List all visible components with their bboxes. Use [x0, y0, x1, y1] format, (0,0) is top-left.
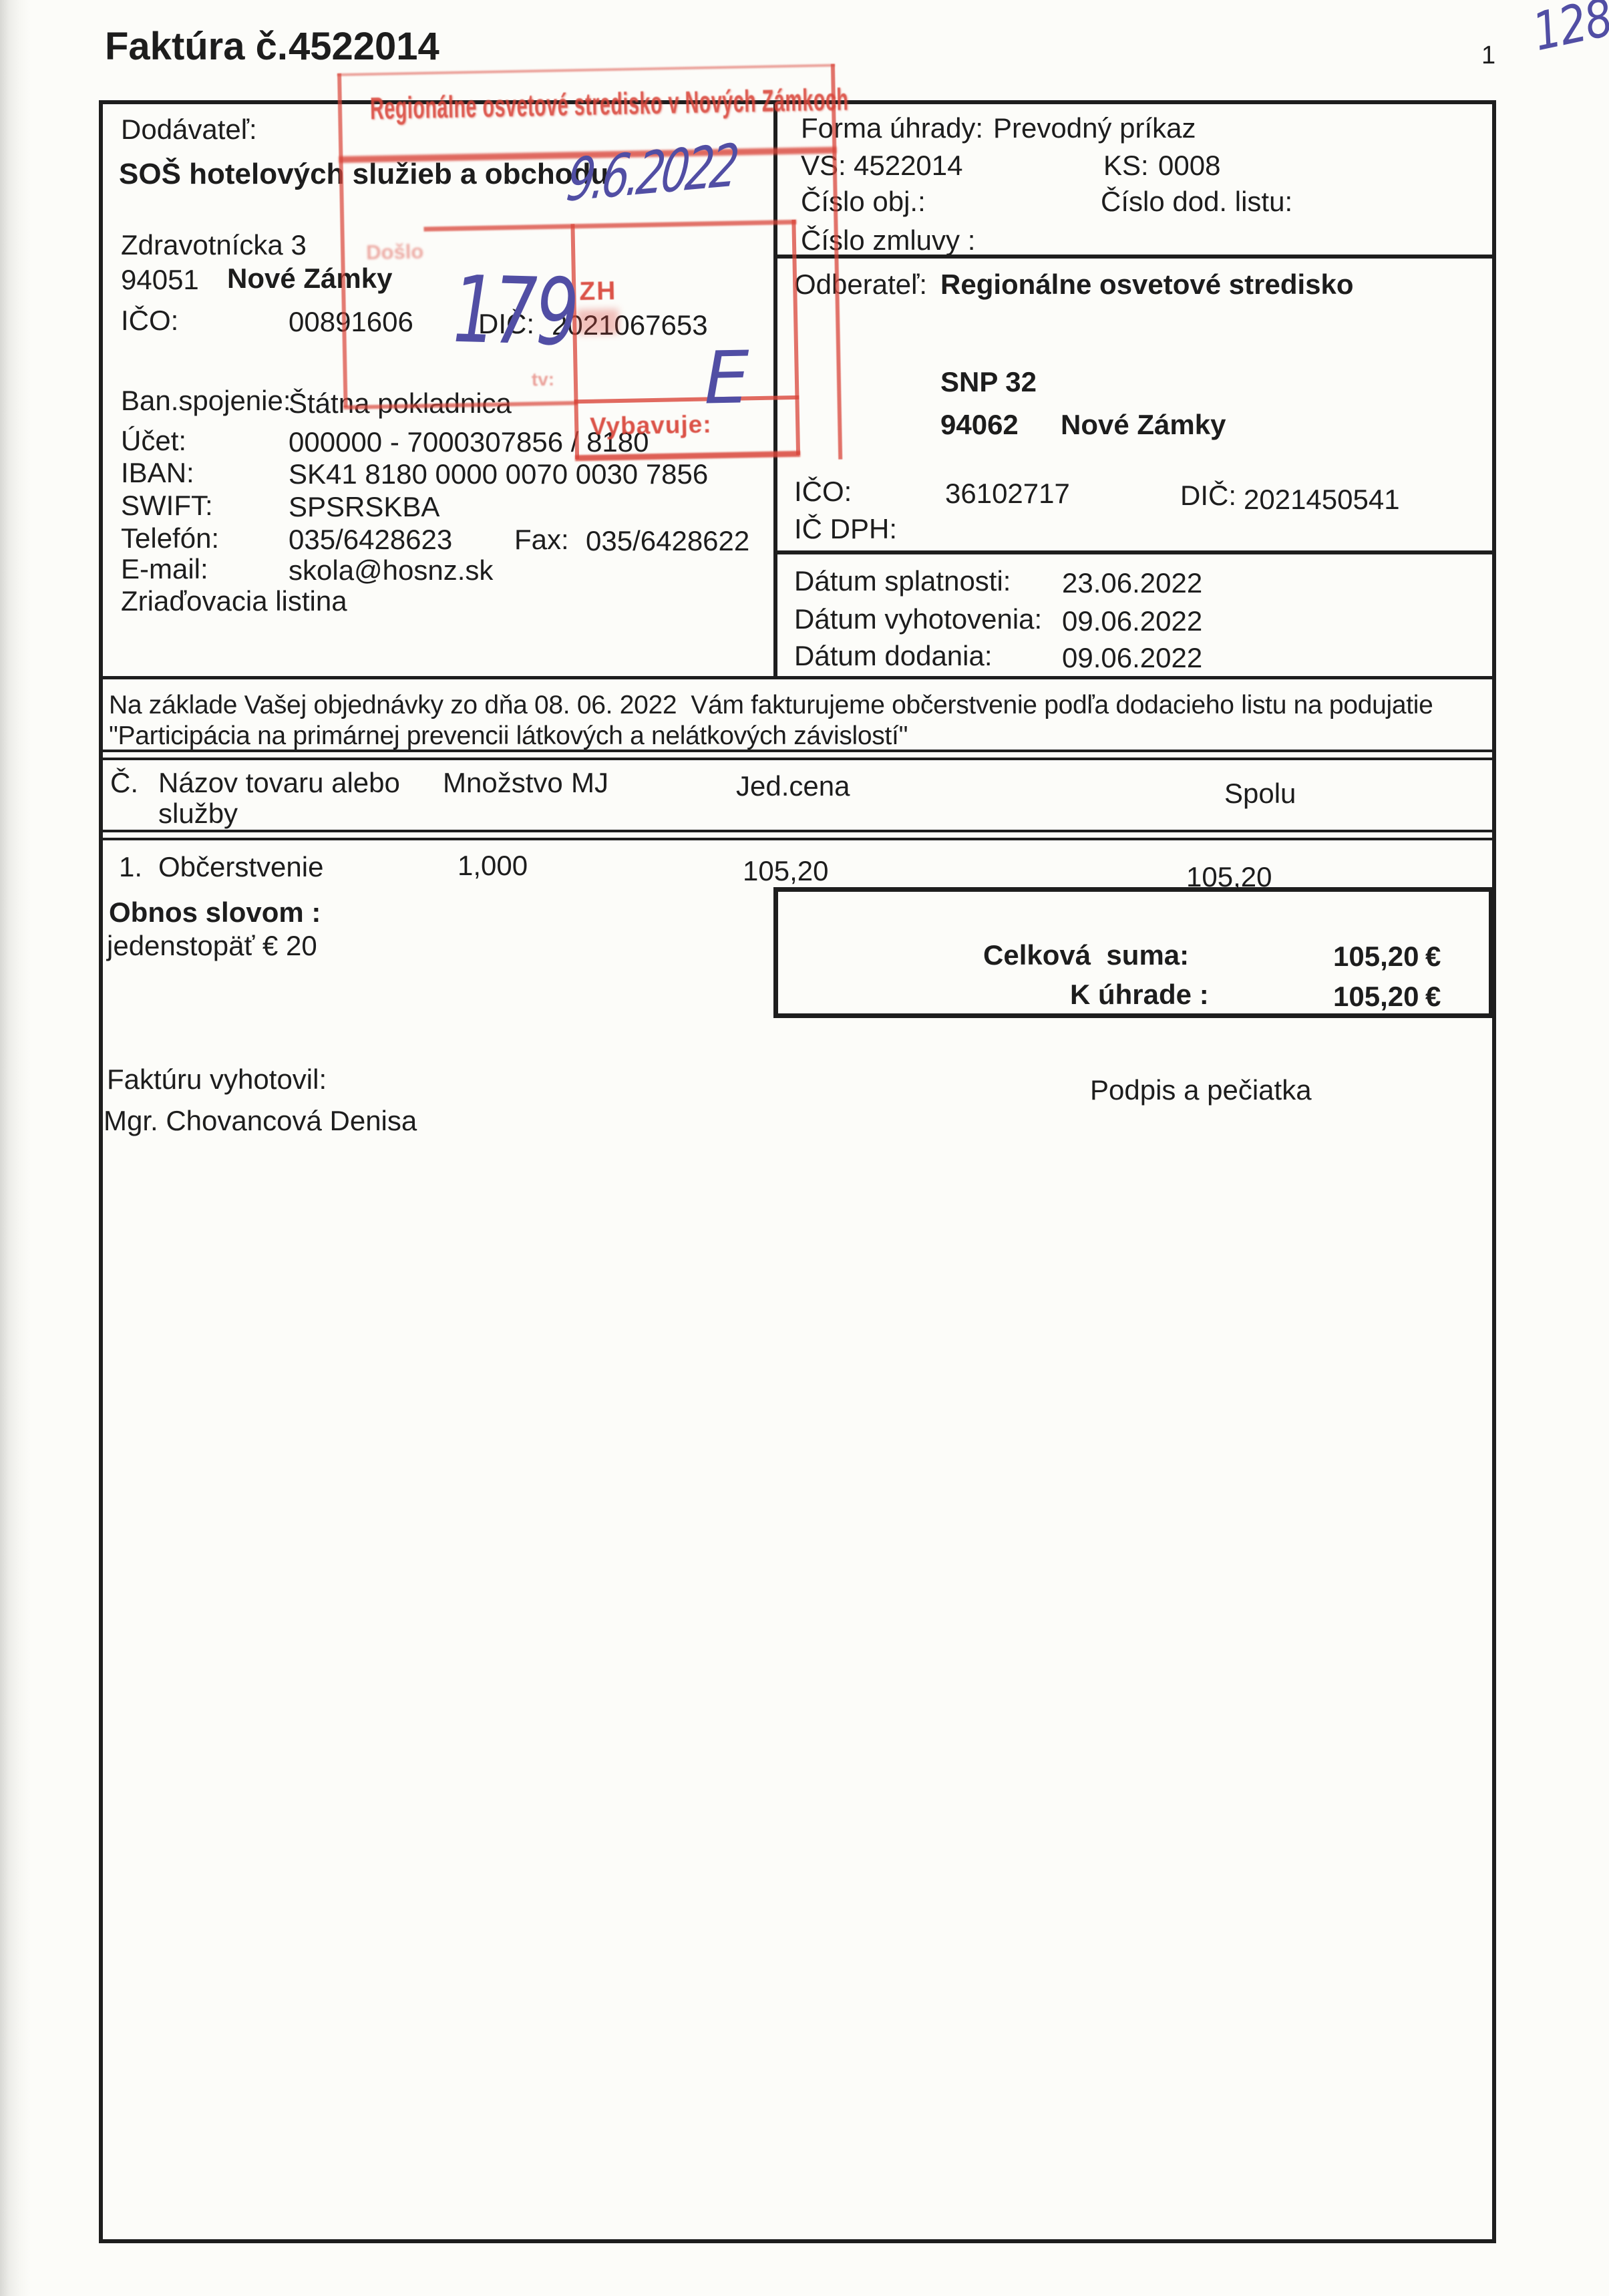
supplier-label: Dodávateľ:: [121, 114, 257, 145]
page-number: 1: [1481, 41, 1495, 70]
item-number: 1.: [119, 851, 142, 882]
handwritten-registry-number: 179: [452, 259, 577, 365]
stamp-middle-rule: [423, 220, 796, 232]
delivery-note-number-label: Číslo dod. listu:: [1101, 186, 1292, 217]
supplier-swift-label: SWIFT:: [121, 490, 213, 521]
amount-in-words-text: jedenstopäť € 20: [107, 930, 317, 961]
invoice-page: Faktúra č. 4522014 1 128 Dodávateľ: SOŠ …: [0, 0, 1609, 2296]
stamp-code-smudge: [577, 309, 619, 335]
col-header-unit: MJ: [571, 767, 608, 798]
stamp-handles-box-top: [574, 395, 799, 403]
constant-symbol-value: 0008: [1158, 150, 1220, 181]
delivery-date-label: Dátum dodania:: [794, 640, 993, 671]
due-date-label: Dátum splatnosti:: [794, 565, 1011, 597]
item-quantity: 1,000: [458, 850, 528, 881]
item-name: Občerstvenie: [158, 851, 323, 882]
issued-by-label: Faktúru vyhotovil:: [107, 1063, 327, 1095]
col-header-number: Č.: [110, 767, 138, 798]
supplier-zip: 94051: [121, 264, 199, 295]
handwritten-reference-number: 128: [1528, 0, 1609, 62]
due-date-value: 23.06.2022: [1062, 567, 1202, 599]
rubber-stamp: Regionálne osvetové stredisko v Nových Z…: [337, 64, 844, 474]
issued-by-name: Mgr. Chovancová Denisa: [104, 1105, 417, 1136]
handwritten-clerk-initial: E: [703, 338, 751, 420]
grand-total-label: Celková suma:: [983, 939, 1189, 971]
customer-name: Regionálne osvetové stredisko: [940, 269, 1354, 300]
customer-ico-value: 36102717: [945, 478, 1070, 509]
grand-total-value: 105,20: [1333, 941, 1419, 972]
dates-box-top-rule: [773, 550, 1493, 554]
item-total: 105,20: [1186, 861, 1272, 892]
stamp-organization-title: Regionálne osvetové stredisko v Nových Z…: [369, 81, 848, 126]
item-unit-price: 105,20: [743, 855, 828, 886]
amount-due-label: K úhrade :: [1070, 979, 1209, 1010]
customer-ico-label: IČO:: [794, 476, 852, 507]
supplier-bank-label: Ban.spojenie:: [121, 385, 291, 416]
supplier-phone-value: 035/6428623: [289, 524, 452, 555]
supplier-fax-label: Fax:: [514, 524, 569, 555]
payment-method-value: Prevodný príkaz: [993, 112, 1196, 144]
intro-top-rule: [100, 676, 1493, 679]
stamp-bottom-left-border: [344, 401, 578, 409]
supplier-email-value: skola@hosnz.sk: [289, 554, 493, 586]
stamp-handles-label: Vybavuje:: [590, 410, 712, 440]
customer-street: SNP 32: [940, 366, 1037, 397]
col-header-unit-price: Jed.cena: [736, 770, 850, 802]
stamp-handles-box-bottom: [575, 451, 800, 461]
customer-dic-label: DIČ:: [1180, 480, 1236, 511]
constant-symbol-label: KS:: [1103, 150, 1149, 181]
table-header-top-rule-b: [100, 758, 1493, 760]
stamp-code: ZH: [579, 277, 617, 307]
supplier-street: Zdravotnícka 3: [121, 229, 307, 261]
stamp-received-label: Došlo: [366, 240, 424, 265]
page-title: Faktúra č.: [105, 25, 288, 69]
table-header-bottom-rule-a: [100, 830, 1493, 832]
signature-label: Podpis a pečiatka: [1090, 1074, 1312, 1106]
customer-city: Nové Zámky: [1061, 409, 1226, 440]
col-header-total: Spolu: [1224, 778, 1296, 809]
grand-total-currency: €: [1425, 941, 1441, 972]
customer-zip: 94062: [940, 409, 1019, 440]
supplier-phone-label: Telefón:: [121, 522, 219, 554]
invoice-number: 4522014: [289, 25, 439, 69]
table-header-bottom-rule-b: [100, 838, 1493, 840]
handwritten-received-date: 9.6.2022: [564, 133, 739, 214]
supplier-iban-label: IBAN:: [121, 457, 194, 488]
customer-dic-value: 2021450541: [1244, 484, 1400, 515]
col-header-name-line1: Názov tovaru alebo: [158, 767, 400, 798]
intro-line-2: "Participácia na primárnej prevencii lát…: [109, 721, 908, 751]
supplier-account-label: Účet:: [121, 425, 186, 456]
supplier-email-label: E-mail:: [121, 553, 208, 585]
intro-line-1: Na základe Vašej objednávky zo dňa 08. 0…: [109, 691, 1433, 720]
amount-in-words-label: Obnos slovom :: [109, 896, 321, 928]
supplier-ico-label: IČO:: [121, 305, 178, 336]
delivery-date-value: 09.06.2022: [1062, 642, 1202, 673]
col-header-quantity: Množstvo: [443, 767, 563, 798]
variable-symbol-value: 4522014: [854, 150, 963, 181]
supplier-note: Zriaďovacia listina: [121, 585, 347, 617]
supplier-fax-value: 035/6428622: [586, 525, 749, 556]
amount-due-value: 105,20: [1333, 981, 1419, 1012]
col-header-name-line2: služby: [158, 798, 238, 829]
supplier-swift-value: SPSRSKBA: [289, 491, 439, 522]
amount-due-currency: €: [1425, 981, 1441, 1012]
stamp-small-label: tv:: [532, 369, 555, 390]
issue-date-label: Dátum vyhotovenia:: [794, 603, 1042, 635]
stamp-inner-right-rule: [791, 220, 800, 455]
customer-icdph-label: IČ DPH:: [794, 513, 897, 544]
issue-date-value: 09.06.2022: [1062, 605, 1202, 637]
